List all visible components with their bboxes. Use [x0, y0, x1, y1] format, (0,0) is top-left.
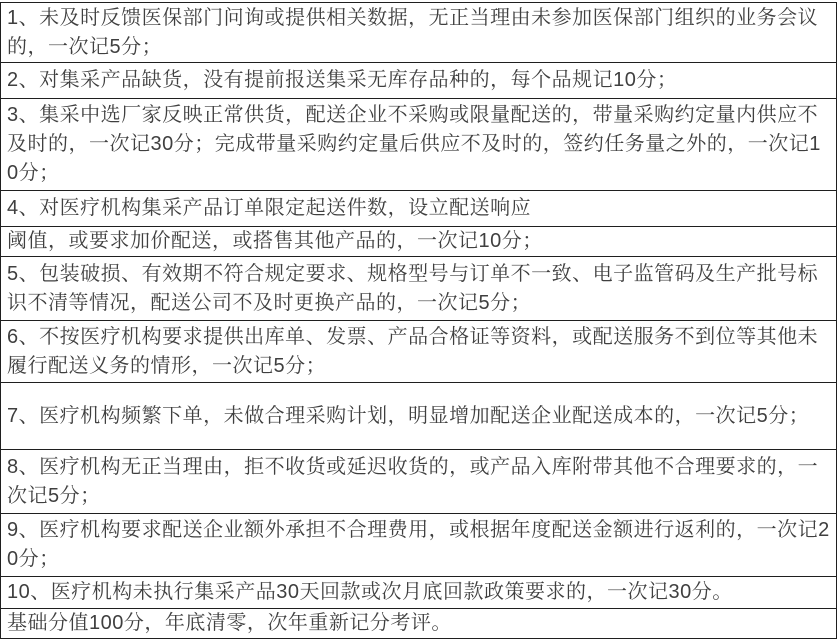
table-row: 6、不按医疗机构要求提供出库单、发票、产品合格证等资料，或配送服务不到位等其他未… [1, 320, 836, 382]
scoring-rules-table: 1、未及时反馈医保部门问询或提供相关数据，无正当理由未参加医保部门组织的业务会议… [0, 2, 837, 639]
table-row: 9、医疗机构要求配送企业额外承担不合理费用，或根据年度配送金额进行返利的，一次记… [1, 513, 836, 576]
table-row: 10、医疗机构未执行集采产品30天回款或次月底回款政策要求的，一次记30分。 [1, 576, 836, 608]
table-row: 5、包装破损、有效期不符合规定要求、规格型号与订单不一致、电子监管码及生产批号标… [1, 256, 836, 320]
table-row: 阈值，或要求加价配送，或搭售其他产品的，一次记10分； [1, 226, 836, 256]
table-row: 7、医疗机构频繁下单，未做合理采购计划，明显增加配送企业配送成本的，一次记5分； [1, 382, 836, 449]
table-row: 8、医疗机构无正当理由，拒不收货或延迟收货的，或产品入库附带其他不合理要求的，一… [1, 449, 836, 513]
table-row: 4、对医疗机构集采产品订单限定起送件数，设立配送响应 [1, 190, 836, 226]
table-row: 3、集采中选厂家反映正常供货，配送企业不采购或限量配送的，带量采购约定量内供应不… [1, 98, 836, 190]
page: 1、未及时反馈医保部门问询或提供相关数据，无正当理由未参加医保部门组织的业务会议… [0, 0, 839, 641]
table-row: 2、对集采产品缺货，没有提前报送集采无库存品种的，每个品规记10分； [1, 62, 836, 98]
table-row: 基础分值100分，年底清零，次年重新记分考评。 [1, 608, 836, 638]
table-row: 1、未及时反馈医保部门问询或提供相关数据，无正当理由未参加医保部门组织的业务会议… [1, 3, 836, 62]
